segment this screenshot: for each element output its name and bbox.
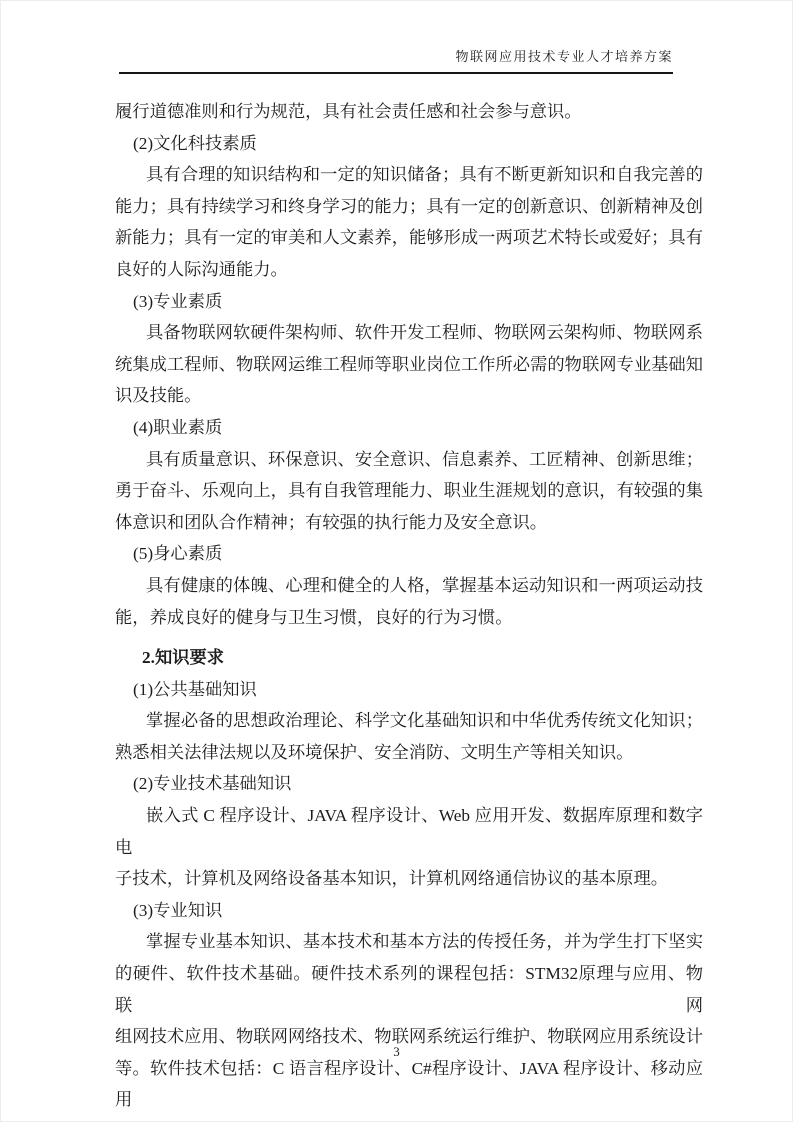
text-line: 新能力；具有一定的审美和人文素养，能够形成一两项艺术特长或爱好；具有 (115, 222, 703, 254)
numbered-heading: (2)专业技术基础知识 (115, 768, 703, 800)
text-line: 子技术，计算机及网络设备基本知识，计算机网络通信协议的基本原理。 (115, 863, 703, 895)
text-line: 等。软件技术包括：C 语言程序设计、C#程序设计、JAVA 程序设计、移动应用 (115, 1053, 703, 1116)
text-line: 履行道德准则和行为规范，具有社会责任感和社会参与意识。 (115, 96, 703, 128)
text-line: 勇于奋斗、乐观向上，具有自我管理能力、职业生涯规划的意识，有较强的集 (115, 475, 703, 507)
numbered-heading: (5)身心素质 (115, 538, 703, 570)
text-line: 具备物联网软硬件架构师、软件开发工程师、物联网云架构师、物联网系 (115, 317, 703, 349)
text-line: 具有健康的体魄、心理和健全的人格，掌握基本运动知识和一两项运动技 (115, 570, 703, 602)
text-line: 统集成工程师、物联网运维工程师等职业岗位工作所必需的物联网专业基础知 (115, 349, 703, 381)
text-line: 掌握专业基本知识、基本技术和基本方法的传授任务，并为学生打下坚实 (115, 926, 703, 958)
text-line: 具有合理的知识结构和一定的知识储备；具有不断更新知识和自我完善的 (115, 159, 703, 191)
text-line: 识及技能。 (115, 380, 703, 412)
text-line: 体意识和团队合作精神；有较强的执行能力及安全意识。 (115, 507, 703, 539)
section-heading: 2.知识要求 (115, 642, 703, 674)
text-line: 嵌入式 C 程序设计、JAVA 程序设计、Web 应用开发、数据库原理和数字电 (115, 800, 703, 863)
numbered-heading: (4)职业素质 (115, 412, 703, 444)
text-line: 能，养成良好的健身与卫生习惯，良好的行为习惯。 (115, 602, 703, 634)
text-line: 良好的人际沟通能力。 (115, 254, 703, 286)
document-page: 物联网应用技术专业人才培养方案 履行道德准则和行为规范，具有社会责任感和社会参与… (0, 0, 793, 1122)
text-line: 能力；具有持续学习和终身学习的能力；具有一定的创新意识、创新精神及创 (115, 191, 703, 223)
numbered-heading: (1)公共基础知识 (115, 674, 703, 706)
numbered-heading: (2)文化科技素质 (115, 128, 703, 160)
numbered-heading: (3)专业素质 (115, 286, 703, 318)
text-line: 熟悉相关法律法规以及环境保护、安全消防、文明生产等相关知识。 (115, 737, 703, 769)
text-line: 的硬件、软件技术基础。硬件技术系列的课程包括：STM32原理与应用、物联网 (115, 958, 703, 1021)
page-header: 物联网应用技术专业人才培养方案 (119, 46, 673, 74)
page-number: 3 (393, 1044, 400, 1059)
text-line: 掌握必备的思想政治理论、科学文化基础知识和中华优秀传统文化知识； (115, 705, 703, 737)
document-body: 履行道德准则和行为规范，具有社会责任感和社会参与意识。(2)文化科技素质具有合理… (115, 96, 703, 1116)
body-lines: 履行道德准则和行为规范，具有社会责任感和社会参与意识。(2)文化科技素质具有合理… (115, 96, 703, 1116)
header-title: 物联网应用技术专业人才培养方案 (455, 49, 673, 64)
text-line: 具有质量意识、环保意识、安全意识、信息素养、工匠精神、创新思维； (115, 444, 703, 476)
numbered-heading: (3)专业知识 (115, 895, 703, 927)
page-footer: 3 (0, 1044, 793, 1060)
